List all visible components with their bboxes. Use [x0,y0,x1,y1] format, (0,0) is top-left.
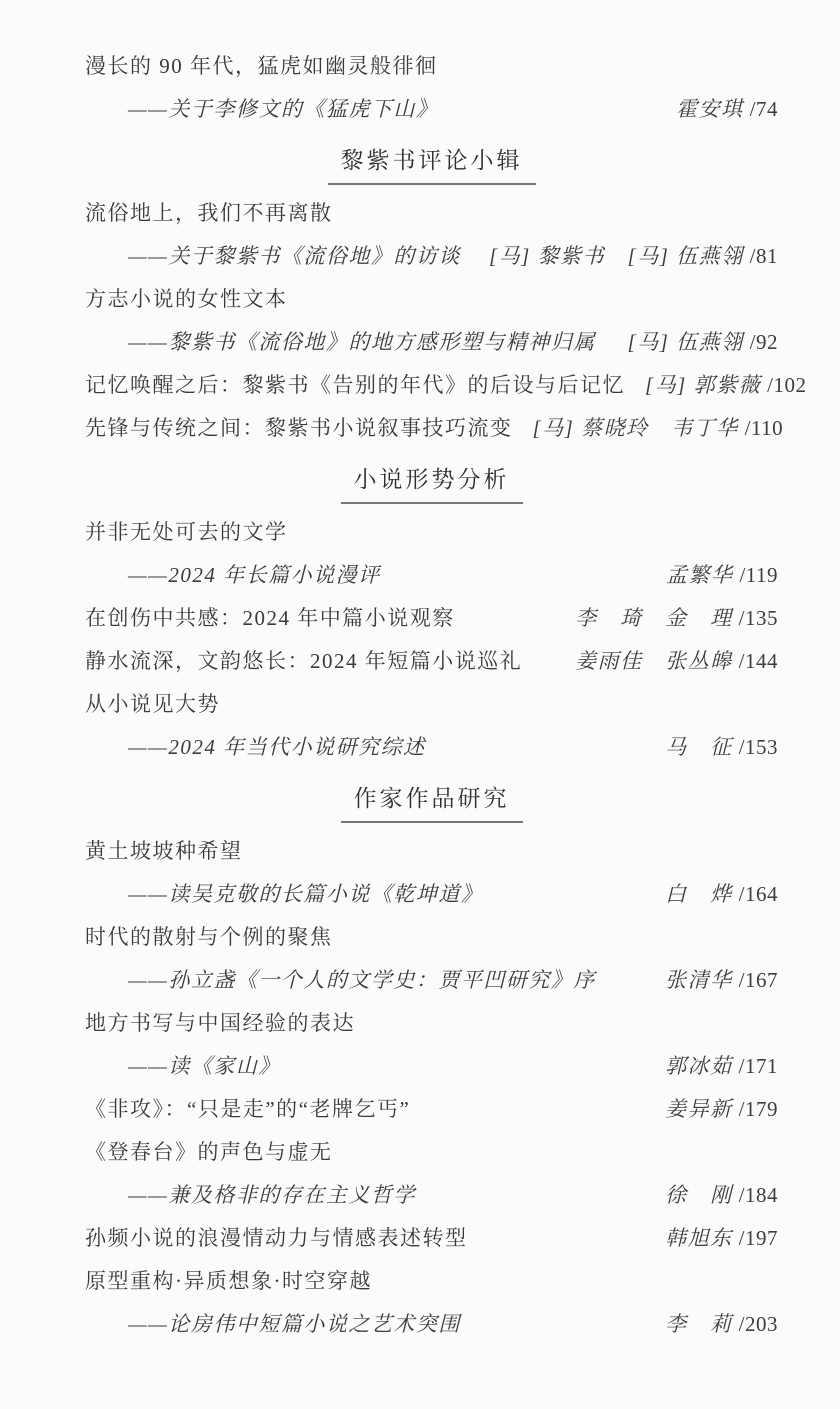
entry-title-text: ——关于黎紫书《流俗地》的访谈 [85,242,461,270]
entry-page-number: /203 [739,1312,778,1336]
entry-authors: 姜雨佳 张丛皞 [575,649,733,673]
entry-page-number: /119 [739,563,778,587]
toc-entry-title: 漫长的 90 年代，猛虎如幽灵般徘徊 [85,52,778,80]
entry-authors: 韩旭东 [665,1226,733,1250]
entry-title-text: 原型重构·异质想象·时空穿越 [85,1267,372,1295]
table-of-contents: 漫长的 90 年代，猛虎如幽灵般徘徊——关于李修文的《猛虎下山》霍安琪/74黎紫… [85,52,778,1338]
toc-entry-title: 原型重构·异质想象·时空穿越 [85,1267,778,1295]
entry-page-number: /74 [750,97,778,121]
entry-title-text: 孙频小说的浪漫情动力与情感表述转型 [85,1224,468,1252]
entry-author-page: 霍安琪/74 [676,95,778,123]
entry-page-number: /184 [739,1183,778,1207]
entry-title-text: 方志小说的女性文本 [85,285,288,313]
toc-entry-subtitle: ——读吴克敬的长篇小说《乾坤道》白 烨/164 [85,880,778,908]
toc-entry-subtitle: ——2024 年长篇小说漫评孟繁华/119 [85,561,778,589]
entry-title-text: 《登春台》的声色与虚无 [85,1138,333,1166]
entry-author-page: 马 征/153 [665,733,778,761]
toc-entry-title: 黄土坡坡种希望 [85,837,778,865]
toc-entry-title: 《登春台》的声色与虚无 [85,1138,778,1166]
entry-title-text: ——读吴克敬的长篇小说《乾坤道》 [85,880,483,908]
entry-author-page: [马] 郭紫薇/102 [645,371,806,399]
toc-section: 作家作品研究 [85,783,778,823]
entry-title-text: ——孙立盏《一个人的文学史：贾平凹研究》序 [85,966,596,994]
entry-author-page: 姜雨佳 张丛皞/144 [575,647,778,675]
toc-entry-title: 孙频小说的浪漫情动力与情感表述转型韩旭东/197 [85,1224,778,1252]
entry-authors: [马] 黎紫书 [马] 伍燕翎 [489,244,744,268]
toc-entry-title: 从小说见大势 [85,690,778,718]
entry-title-text: ——2024 年长篇小说漫评 [85,561,381,589]
entry-title-text: 《非攻》：“只是走”的“老牌乞丐” [85,1095,410,1123]
entry-title-text: 在创伤中共感：2024 年中篇小说观察 [85,604,455,632]
entry-author-page: 韩旭东/197 [665,1224,778,1252]
entry-title-text: ——兼及格非的存在主义哲学 [85,1181,416,1209]
entry-page-number: /153 [739,735,778,759]
entry-author-page: 白 烨/164 [665,880,778,908]
toc-entry-title: 并非无处可去的文学 [85,518,778,546]
section-header: 小说形势分析 [341,464,523,504]
toc-entry-subtitle: ——读《家山》郭冰茹/171 [85,1052,778,1080]
entry-authors: [马] 郭紫薇 [645,373,761,397]
entry-author-page: 李 琦 金 理/135 [575,604,778,632]
entry-title-text: ——论房伟中短篇小说之艺术突围 [85,1310,461,1338]
toc-entry-subtitle: ——孙立盏《一个人的文学史：贾平凹研究》序张清华/167 [85,966,778,994]
toc-section: 小说形势分析 [85,464,778,504]
entry-page-number: /179 [739,1097,778,1121]
toc-entry-subtitle: ——2024 年当代小说研究综述马 征/153 [85,733,778,761]
toc-entry-title: 方志小说的女性文本 [85,285,778,313]
toc-entry-subtitle: ——兼及格非的存在主义哲学徐 刚/184 [85,1181,778,1209]
entry-authors: 郭冰茹 [665,1054,733,1078]
entry-authors: [马] 伍燕翎 [628,330,744,354]
entry-author-page: 孟繁华/119 [666,561,778,589]
entry-author-page: [马] 黎紫书 [马] 伍燕翎/81 [489,242,778,270]
entry-title-text: 流俗地上，我们不再离散 [85,199,333,227]
entry-authors: 张清华 [665,968,733,992]
entry-authors: 白 烨 [665,882,733,906]
entry-title-text: 地方书写与中国经验的表达 [85,1009,355,1037]
entry-title-text: 从小说见大势 [85,690,220,718]
entry-authors: 霍安琪 [676,97,744,121]
entry-page-number: /81 [750,244,778,268]
toc-entry-title: 在创伤中共感：2024 年中篇小说观察李 琦 金 理/135 [85,604,778,632]
toc-entry-subtitle: ——黎紫书《流俗地》的地方感形塑与精神归属[马] 伍燕翎/92 [85,328,778,356]
entry-title-text: 漫长的 90 年代，猛虎如幽灵般徘徊 [85,52,438,80]
entry-author-page: [马] 伍燕翎/92 [628,328,778,356]
entry-title-text: ——黎紫书《流俗地》的地方感形塑与精神归属 [85,328,596,356]
entry-authors: 姜异新 [665,1097,733,1121]
entry-authors: 马 征 [665,735,733,759]
toc-entry-title: 地方书写与中国经验的表达 [85,1009,778,1037]
entry-title-text: 并非无处可去的文学 [85,518,288,546]
entry-authors: [马] 蔡晓玲 韦丁华 [533,416,739,440]
entry-page-number: /144 [739,649,778,673]
entry-author-page: 徐 刚/184 [665,1181,778,1209]
toc-entry-subtitle: ——论房伟中短篇小说之艺术突围李 莉/203 [85,1310,778,1338]
entry-page-number: /135 [739,606,778,630]
entry-authors: 李 琦 金 理 [575,606,733,630]
toc-entry-title: 先锋与传统之间：黎紫书小说叙事技巧流变[马] 蔡晓玲 韦丁华/110 [85,414,778,442]
entry-author-page: 张清华/167 [665,966,778,994]
toc-section: 黎紫书评论小辑 [85,145,778,185]
entry-title-text: ——读《家山》 [85,1052,281,1080]
journal-toc-page: 漫长的 90 年代，猛虎如幽灵般徘徊——关于李修文的《猛虎下山》霍安琪/74黎紫… [0,0,840,1409]
entry-authors: 李 莉 [665,1312,733,1336]
toc-entry-title: 《非攻》：“只是走”的“老牌乞丐”姜异新/179 [85,1095,778,1123]
entry-page-number: /102 [767,373,806,397]
entry-title-text: 时代的散射与个例的聚焦 [85,923,333,951]
entry-page-number: /92 [750,330,778,354]
toc-entry-title: 记忆唤醒之后：黎紫书《告别的年代》的后设与后记忆[马] 郭紫薇/102 [85,371,778,399]
entry-page-number: /164 [739,882,778,906]
entry-title-text: ——2024 年当代小说研究综述 [85,733,426,761]
entry-page-number: /171 [739,1054,778,1078]
entry-title-text: 黄土坡坡种希望 [85,837,243,865]
entry-title-text: 静水流深，文韵悠长：2024 年短篇小说巡礼 [85,647,522,675]
entry-title-text: ——关于李修文的《猛虎下山》 [85,95,438,123]
section-header: 作家作品研究 [341,783,523,823]
entry-author-page: 李 莉/203 [665,1310,778,1338]
toc-entry-title: 静水流深，文韵悠长：2024 年短篇小说巡礼姜雨佳 张丛皞/144 [85,647,778,675]
entry-title-text: 记忆唤醒之后：黎紫书《告别的年代》的后设与后记忆 [85,371,625,399]
entry-author-page: [马] 蔡晓玲 韦丁华/110 [533,414,784,442]
entry-author-page: 郭冰茹/171 [665,1052,778,1080]
toc-entry-title: 时代的散射与个例的聚焦 [85,923,778,951]
toc-entry-title: 流俗地上，我们不再离散 [85,199,778,227]
entry-page-number: /197 [739,1226,778,1250]
entry-page-number: /167 [739,968,778,992]
toc-entry-subtitle: ——关于黎紫书《流俗地》的访谈[马] 黎紫书 [马] 伍燕翎/81 [85,242,778,270]
toc-entry-subtitle: ——关于李修文的《猛虎下山》霍安琪/74 [85,95,778,123]
section-header: 黎紫书评论小辑 [328,145,536,185]
entry-authors: 徐 刚 [665,1183,733,1207]
entry-title-text: 先锋与传统之间：黎紫书小说叙事技巧流变 [85,414,513,442]
entry-page-number: /110 [745,416,784,440]
entry-authors: 孟繁华 [666,563,734,587]
entry-author-page: 姜异新/179 [665,1095,778,1123]
